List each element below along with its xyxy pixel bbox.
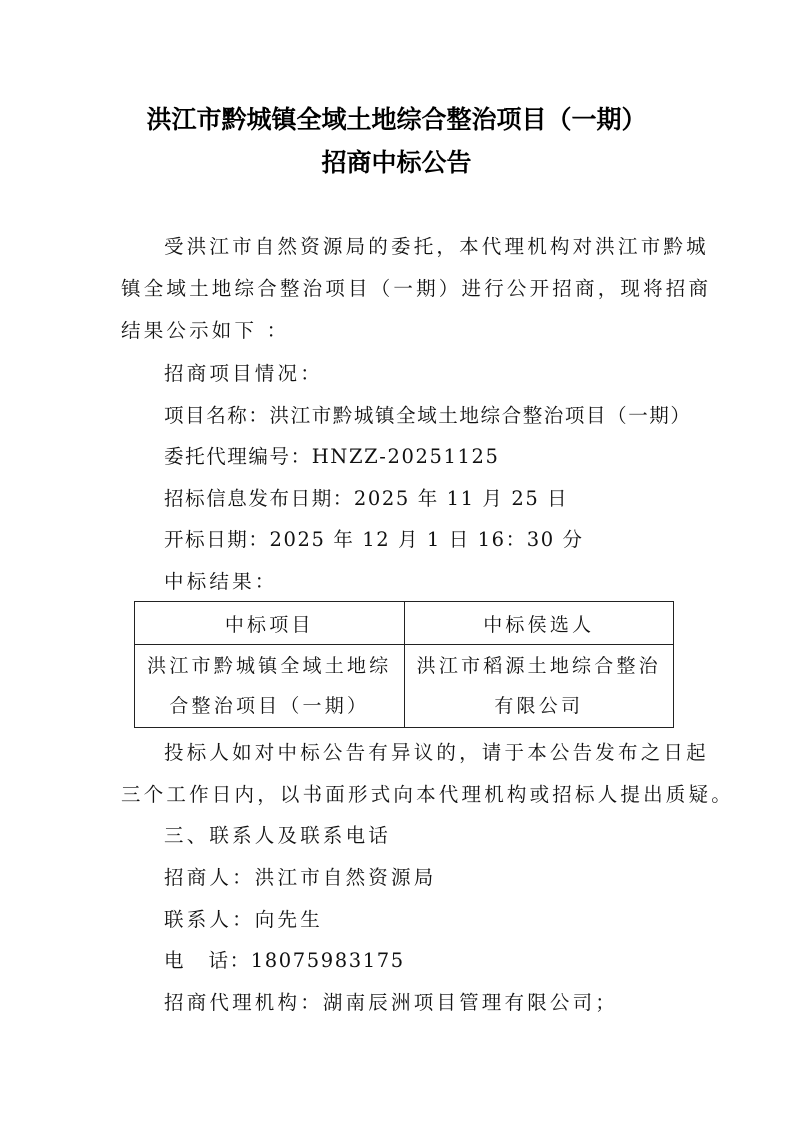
objection-line-1: 投标人如对中标公告有异议的，请于本公告发布之日起 (164, 737, 709, 765)
contact-heading: 三、联系人及联系电话 (164, 820, 391, 848)
cell-candidate-line-1: 洪江市稻源土地综合整治 (405, 646, 674, 686)
title-line-2: 招商中标公告 (0, 143, 793, 179)
publish-date: 招标信息发布日期：2025 年 11 月 25 日 (164, 483, 568, 511)
intro-line-2: 镇全域土地综合整治项目（一期）进行公开招商，现将招商 (121, 273, 711, 301)
header-project: 中标项目 (135, 602, 405, 645)
intro-line-1: 受洪江市自然资源局的委托，本代理机构对洪江市黔城 (164, 231, 709, 259)
contact-agency: 招商代理机构：湖南辰洲项目管理有限公司； (164, 987, 618, 1015)
contact-phone: 电 话：18075983175 (164, 945, 405, 973)
cell-candidate: 洪江市稻源土地综合整治 有限公司 (404, 645, 674, 728)
result-table: 中标项目 中标侯选人 洪江市黔城镇全域土地综 合整治项目（一期） 洪江市稻源土地… (134, 601, 674, 728)
cell-candidate-line-2: 有限公司 (405, 686, 674, 726)
project-info-heading: 招商项目情况： (164, 358, 323, 386)
objection-line-2: 三个工作日内，以书面形式向本代理机构或招标人提出质疑。 (121, 779, 734, 807)
intro-line-3: 结果公示如下 ： (121, 315, 289, 343)
project-name: 项目名称：洪江市黔城镇全域土地综合整治项目（一期） (164, 400, 692, 428)
cell-project: 洪江市黔城镇全域土地综 合整治项目（一期） (135, 645, 405, 728)
title-line-1: 洪江市黔城镇全域土地综合整治项目（一期） (0, 100, 793, 136)
header-candidate: 中标侯选人 (404, 602, 674, 645)
agency-code: 委托代理编号：HNZZ-20251125 (164, 441, 500, 469)
contact-tenderer: 招商人：洪江市自然资源局 (164, 862, 436, 890)
table-row: 洪江市黔城镇全域土地综 合整治项目（一期） 洪江市稻源土地综合整治 有限公司 (135, 645, 674, 728)
cell-project-line-2: 合整治项目（一期） (135, 686, 404, 726)
contact-person: 联系人：向先生 (164, 904, 323, 932)
open-date: 开标日期：2025 年 12 月 1 日 16：30 分 (164, 524, 584, 552)
table-header-row: 中标项目 中标侯选人 (135, 602, 674, 645)
result-heading: 中标结果： (164, 566, 278, 594)
cell-project-line-1: 洪江市黔城镇全域土地综 (135, 646, 404, 686)
